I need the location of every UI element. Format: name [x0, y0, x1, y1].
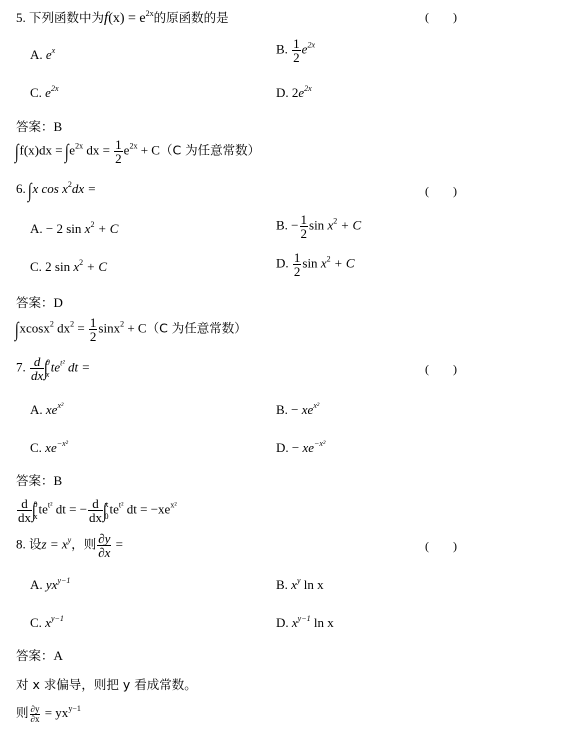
integral-sign-icon: ∫: [15, 141, 19, 164]
formula-sup: x²: [313, 401, 319, 410]
option-c: C. xe−x²: [30, 440, 68, 456]
explanation: ddx∫0xtet² dt = −ddx∫x0tet² dt = −xex²: [16, 497, 177, 524]
option-label: A.: [30, 577, 43, 592]
explanation-text: 对 x 求偏导，则把 y 看成常数。: [16, 675, 197, 693]
numerator: d: [30, 355, 44, 369]
numerator: d: [88, 497, 103, 511]
question-number: 6.: [16, 181, 26, 196]
formula-sup: x²: [170, 500, 176, 509]
formula: sin: [309, 217, 327, 232]
formula: dt =: [68, 359, 90, 374]
formula: 2 sin: [45, 259, 73, 274]
numerator: 1: [300, 213, 309, 227]
option-a: A. − 2 sin x2 + C: [30, 221, 118, 237]
option-label: D.: [276, 440, 289, 455]
option-label: D.: [276, 615, 289, 630]
formula: xe: [45, 440, 57, 455]
note: （C 为任意常数）: [147, 320, 247, 335]
formula: te: [38, 501, 47, 516]
denominator: dx: [30, 369, 44, 382]
answer-label: 答案：: [16, 648, 54, 663]
formula-sup: −x²: [314, 439, 325, 448]
stem-text: 的原函数的是: [154, 10, 229, 25]
formula: sinx: [98, 320, 120, 335]
option-label: C.: [30, 259, 42, 274]
answer-value: B: [54, 473, 63, 488]
formula: + C: [331, 255, 355, 270]
partial-derivative-fraction: ∂y∂x: [97, 532, 111, 559]
formula: dt = −: [53, 501, 88, 516]
formula: dx =: [83, 142, 113, 157]
numerator: d: [17, 497, 32, 511]
formula: + C: [83, 259, 107, 274]
derivative-fraction: ddx: [30, 355, 44, 382]
explanation: ∫f(x)dx = ∫e2x dx = 12e2x + C（C 为任意常数）: [16, 138, 260, 165]
formula: + C: [94, 221, 118, 236]
derivative-fraction: ddx: [17, 497, 32, 524]
formula: =: [74, 320, 88, 335]
formula-sup: x: [52, 46, 56, 55]
answer-value: A: [54, 648, 63, 663]
numerator: ∂y: [97, 532, 111, 546]
formula: + C: [337, 217, 361, 232]
fraction: 12: [293, 251, 302, 278]
formula: xe: [302, 402, 314, 417]
denominator: ∂x: [30, 715, 41, 724]
question-8-stem: 8. 设z = xy，则∂y∂x =: [16, 532, 123, 559]
denominator: 2: [292, 51, 301, 64]
formula-sup: 2x: [75, 141, 83, 150]
integral-sign-icon: ∫: [65, 141, 69, 164]
answer-label: 答案：: [16, 295, 54, 310]
answer-label: 答案：: [16, 473, 54, 488]
formula-sup: −x²: [57, 439, 68, 448]
option-label: A.: [30, 47, 43, 62]
answer-line: 答案：B: [16, 471, 62, 489]
option-a: A. yxy−1: [30, 577, 70, 593]
formula-sup: 2x: [304, 84, 312, 93]
integral-sign-icon: ∫: [15, 319, 19, 342]
denominator: 2: [293, 265, 302, 278]
formula: x cos x: [32, 181, 67, 196]
option-label: B.: [276, 41, 288, 56]
option-label: A.: [30, 221, 43, 236]
formula: f(x)dx =: [19, 142, 65, 157]
numerator: 1: [114, 138, 123, 152]
formula: =: [112, 536, 123, 551]
formula-sup: y−1: [298, 614, 311, 623]
formula-sup: 2x: [146, 9, 154, 18]
stem-text: ，则: [71, 536, 96, 551]
question-number: 7.: [16, 359, 26, 374]
formula: (x) = e: [108, 11, 145, 26]
formula-sup: y−1: [57, 576, 70, 585]
formula: ln x: [301, 577, 324, 592]
derivative-fraction: ddx: [88, 497, 103, 524]
formula: dt = −xe: [124, 501, 171, 516]
question-5-stem: 5. 下列函数中为f(x) = e2x的原函数的是: [16, 8, 229, 27]
answer-label: 答案：: [16, 119, 54, 134]
answer-blank: ( ): [425, 539, 457, 554]
formula: dx =: [72, 181, 96, 196]
answer-line: 答案：A: [16, 646, 63, 664]
formula: −: [291, 217, 298, 232]
option-label: C.: [30, 615, 42, 630]
denominator: 2: [300, 227, 309, 240]
fraction: 12: [114, 138, 123, 165]
answer-line: 答案：D: [16, 293, 63, 311]
option-b: B. xy ln x: [276, 577, 324, 593]
question-6-stem: 6. ∫x cos x2dx =: [16, 180, 96, 203]
integral-sign-icon: ∫: [32, 500, 36, 523]
option-d: D. − xe−x²: [276, 440, 325, 456]
question-7-stem: 7. ddx∫0xtet² dt =: [16, 355, 90, 382]
numerator: 1: [293, 251, 302, 265]
fraction: 12: [89, 316, 98, 343]
formula: te: [110, 501, 119, 516]
answer-line: 答案：B: [16, 117, 62, 135]
formula: dx: [54, 320, 70, 335]
option-b: B. −12sin x2 + C: [276, 213, 361, 240]
formula: xcosx: [19, 320, 49, 335]
question-number: 5.: [16, 10, 26, 25]
option-b: B. 12e2x: [276, 37, 315, 64]
option-label: D.: [276, 255, 289, 270]
option-label: D.: [276, 85, 289, 100]
formula-sup: 2x: [51, 84, 59, 93]
option-label: A.: [30, 402, 43, 417]
answer-blank: ( ): [425, 362, 457, 377]
partial-derivative-fraction: ∂y∂x: [30, 705, 41, 724]
formula-sup: y−1: [51, 614, 64, 623]
integral-sign-icon: ∫: [103, 500, 107, 523]
denominator: dx: [88, 511, 103, 524]
note: （C 为任意常数）: [160, 142, 260, 157]
formula: sin: [302, 255, 320, 270]
question-number: 8.: [16, 536, 26, 551]
option-c: C. e2x: [30, 85, 59, 101]
formula: xe: [302, 440, 314, 455]
stem-text: 下列函数中为: [29, 10, 104, 25]
denominator: 2: [114, 152, 123, 165]
formula: yx: [46, 577, 58, 592]
option-label: C.: [30, 85, 42, 100]
explanation: ∫xcosx2 dx2 = 12sinx2 + C（C 为任意常数）: [16, 316, 247, 343]
answer-blank: ( ): [425, 10, 457, 25]
formula: = yx: [41, 705, 68, 720]
stem-text: 设: [29, 536, 42, 551]
numerator: 1: [292, 37, 301, 51]
option-d: D. 2e2x: [276, 85, 312, 101]
option-label: B.: [276, 217, 288, 232]
formula: − 2 sin: [46, 221, 85, 236]
option-label: B.: [276, 577, 288, 592]
formula: z = x: [42, 536, 68, 551]
formula: te: [51, 359, 60, 374]
formula: ln x: [311, 615, 334, 630]
denominator: dx: [17, 511, 32, 524]
formula-sup: y−1: [68, 704, 81, 713]
formula: −: [291, 402, 302, 417]
formula: + C: [124, 320, 147, 335]
integral-sign-icon: ∫: [28, 180, 32, 203]
formula-sup: 2x: [307, 40, 315, 49]
option-label: B.: [276, 402, 288, 417]
answer-blank: ( ): [425, 184, 457, 199]
integral-sign-icon: ∫: [44, 358, 48, 381]
option-d: D. 12sin x2 + C: [276, 251, 355, 278]
option-a: A. ex: [30, 47, 55, 63]
answer-value: D: [54, 295, 63, 310]
option-d: D. xy−1 ln x: [276, 615, 334, 631]
fraction: 12: [300, 213, 309, 240]
option-b: B. − xex²: [276, 402, 319, 418]
explanation-prefix: 则: [16, 705, 29, 720]
option-c: C. xy−1: [30, 615, 64, 631]
formula: −: [292, 440, 303, 455]
fraction: 12: [292, 37, 301, 64]
formula: + C: [137, 142, 160, 157]
explanation-formula: 则∂y∂x = yxy−1: [16, 703, 81, 724]
answer-value: B: [54, 119, 63, 134]
numerator: 1: [89, 316, 98, 330]
denominator: 2: [89, 330, 98, 343]
formula-sup: x²: [57, 401, 63, 410]
formula-sup: t²: [60, 358, 65, 367]
option-label: C.: [30, 440, 42, 455]
option-c: C. 2 sin x2 + C: [30, 259, 107, 275]
formula: xe: [46, 402, 58, 417]
option-a: A. xex²: [30, 402, 63, 418]
denominator: ∂x: [97, 546, 111, 559]
